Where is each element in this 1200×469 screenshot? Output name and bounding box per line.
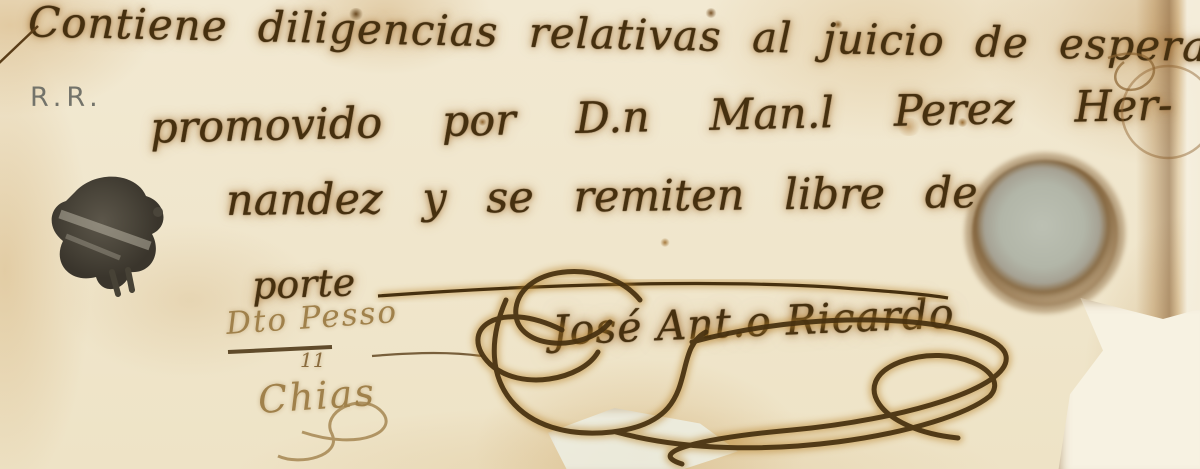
- manuscript-page: R.R. Contiene diligencias relativas al j…: [0, 0, 1200, 469]
- pen-flourishes-layer: [0, 0, 1200, 469]
- ink-blot: [52, 177, 164, 294]
- signature-rubric: [478, 272, 1006, 464]
- dash-stroke: [228, 347, 332, 352]
- fold-crease-circle: [1122, 66, 1200, 158]
- porte-rule: [378, 284, 948, 298]
- pen-stroke: [0, 26, 38, 66]
- place-note-flourish: [278, 403, 386, 460]
- dash-stroke: [372, 353, 482, 356]
